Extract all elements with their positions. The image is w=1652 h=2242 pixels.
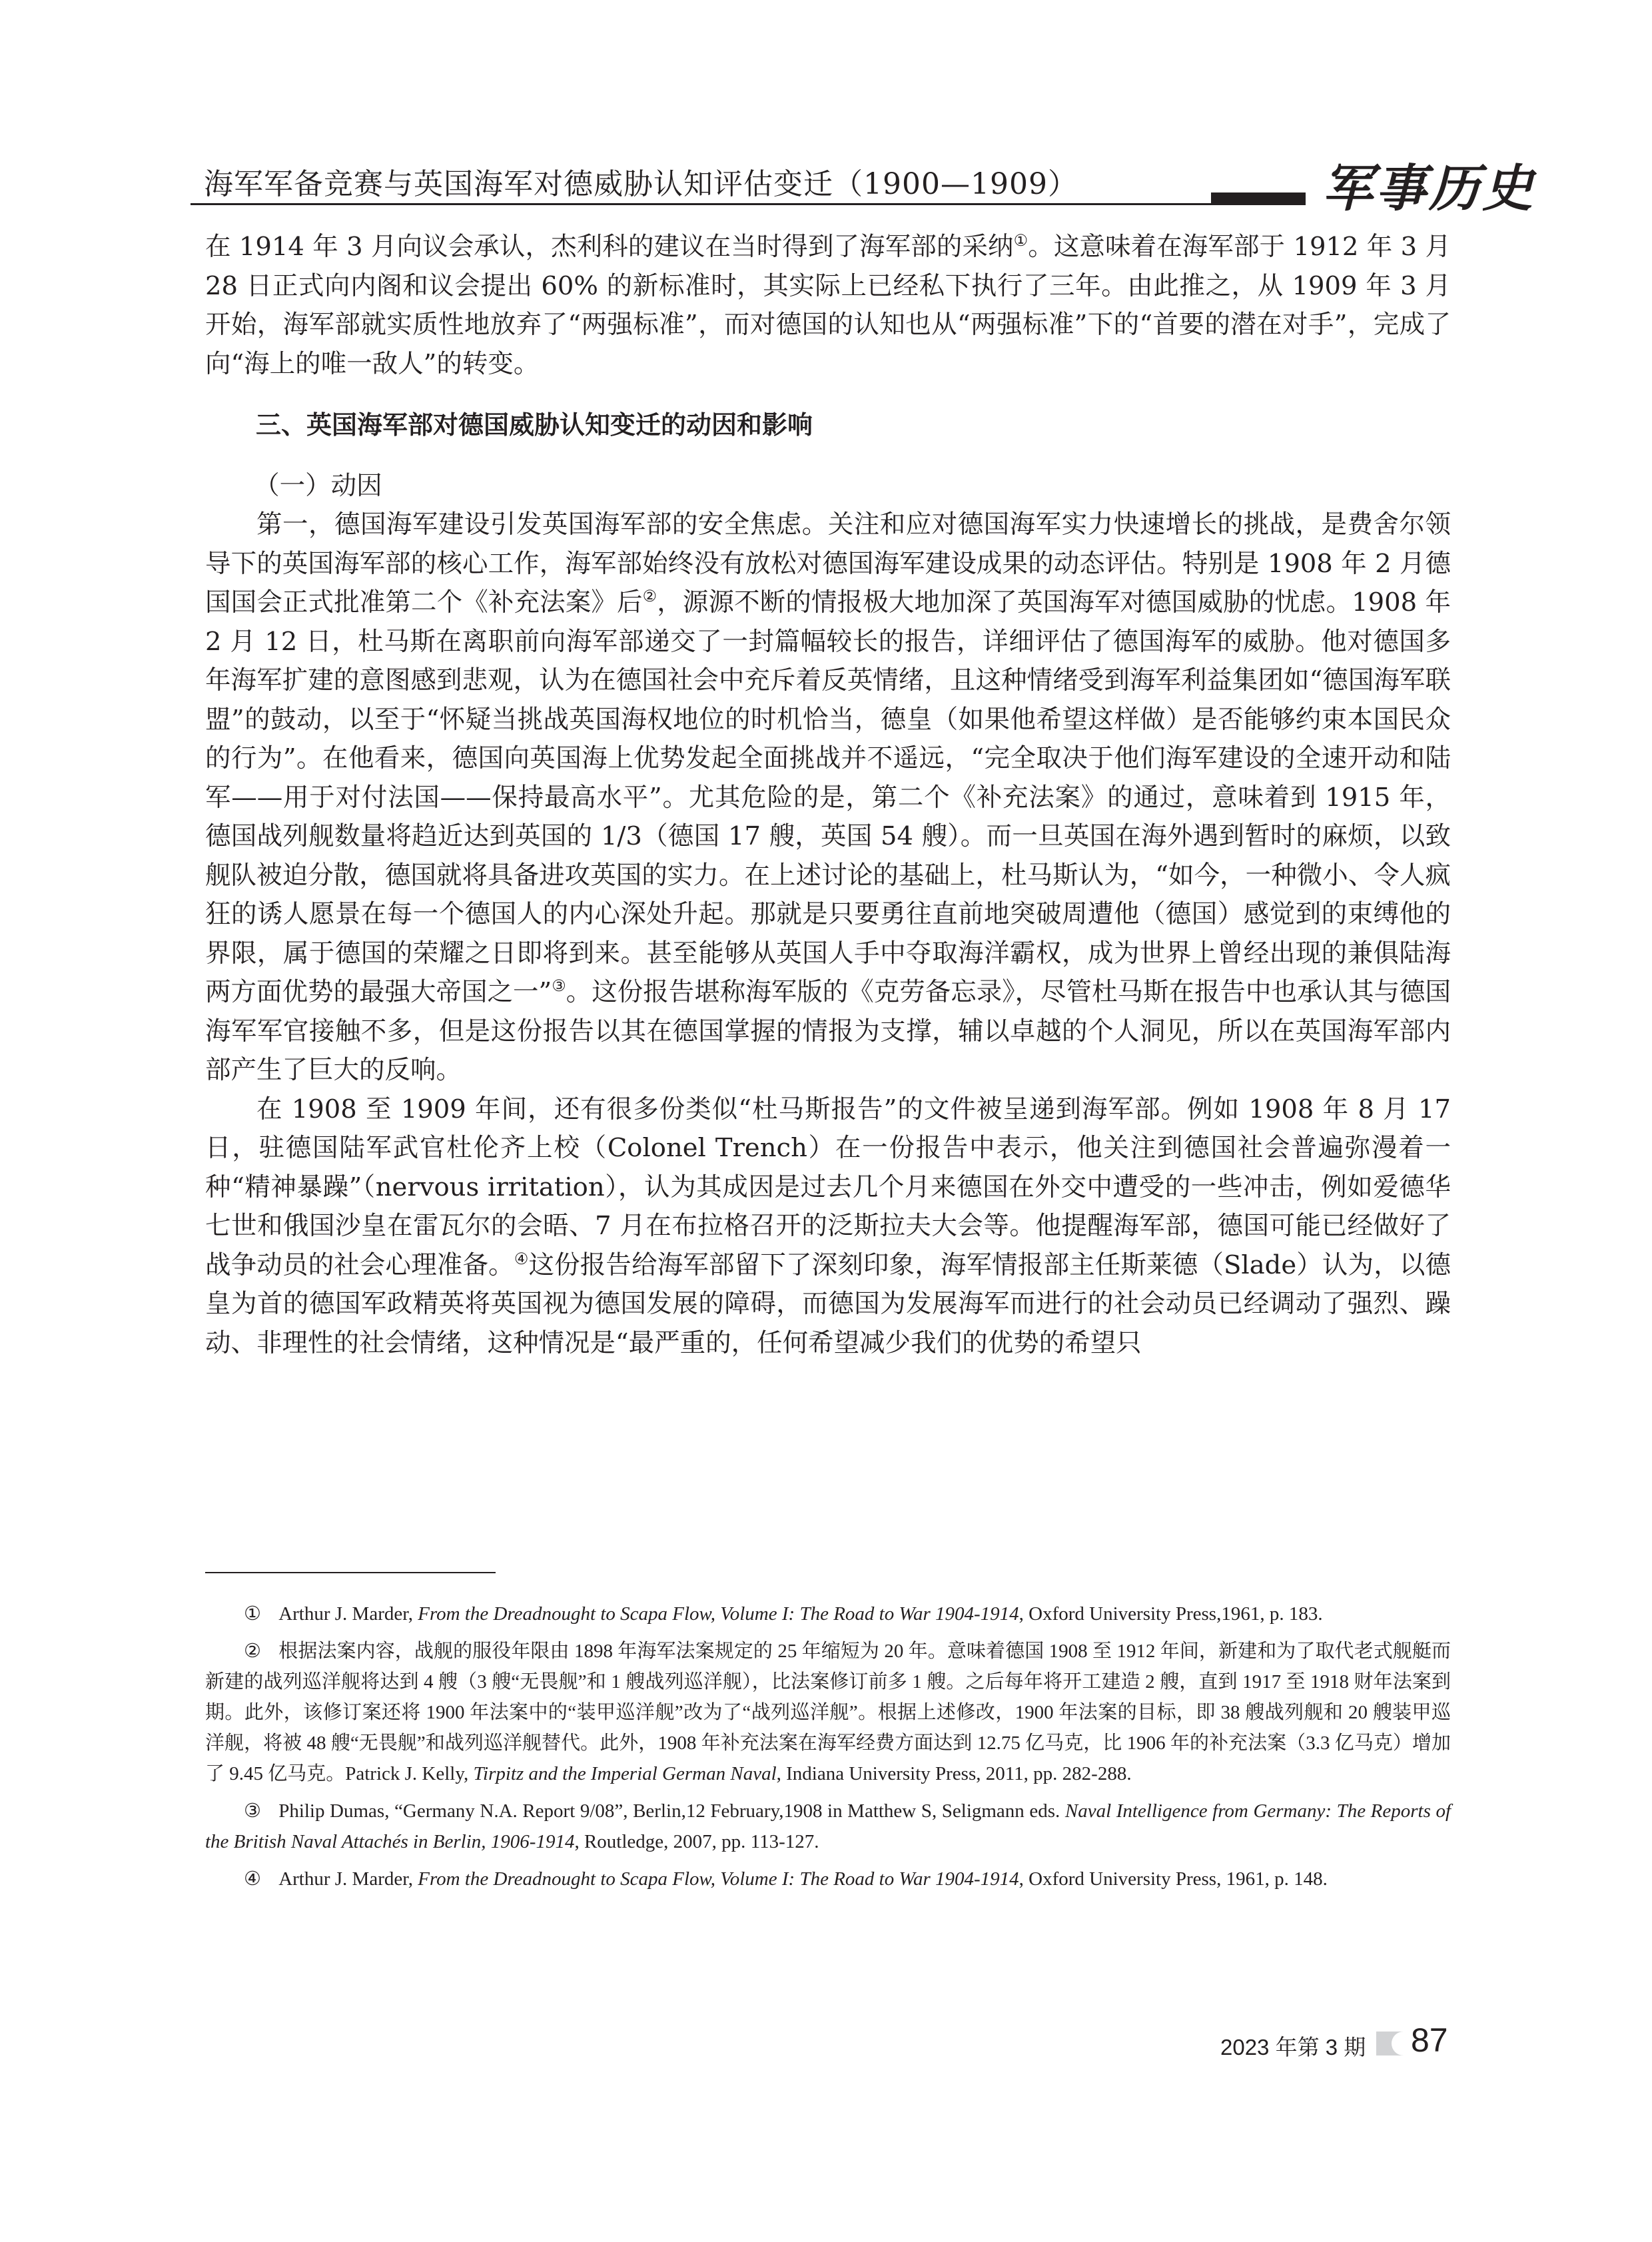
paragraph-motive-1: 第一，德国海军建设引发英国海军部的安全焦虑。关注和应对德国海军实力快速增长的挑战… bbox=[205, 506, 1451, 1090]
section-heading: 三、英国海军部对德国威胁认知变迁的动因和影响 bbox=[256, 406, 1451, 445]
article-body: 在 1914 年 3 月向议会承认，杰利科的建议在当时得到了海军部的采纳①。这意… bbox=[205, 228, 1451, 1363]
footnote-ref-1[interactable]: ① bbox=[1014, 231, 1029, 250]
subsection-heading: （一）动因 bbox=[254, 467, 1451, 506]
footnote-2: ②根据法案内容，战舰的服役年限由 1898 年海军法案规定的 25 年缩短为 2… bbox=[205, 1636, 1451, 1789]
footnote-1: ①Arthur J. Marder, From the Dreadnought … bbox=[205, 1599, 1451, 1629]
footnote-3: ③Philip Dumas, “Germany N.A. Report 9/08… bbox=[205, 1796, 1451, 1857]
footnote-4: ④Arthur J. Marder, From the Dreadnought … bbox=[205, 1864, 1451, 1894]
paragraph-reports: 在 1908 至 1909 年间，还有很多份类似“杜马斯报告”的文件被呈递到海军… bbox=[205, 1090, 1451, 1363]
journal-logo: 军事历史 bbox=[1322, 148, 1535, 220]
page-number: 87 bbox=[1411, 2021, 1448, 2059]
footnote-separator bbox=[205, 1572, 496, 1573]
running-title: 海军军备竞赛与英国海军对德威胁认知评估变迁（1900—1909） bbox=[204, 160, 1078, 202]
footnotes: ①Arthur J. Marder, From the Dreadnought … bbox=[205, 1599, 1451, 1901]
paragraph-continued: 在 1914 年 3 月向议会承认，杰利科的建议在当时得到了海军部的采纳①。这意… bbox=[205, 228, 1451, 384]
header-block-decoration bbox=[1211, 192, 1306, 205]
issue-label: 2023 年第 3 期 bbox=[1220, 2030, 1366, 2061]
footnote-ref-4[interactable]: ④ bbox=[514, 1250, 529, 1268]
footnote-ref-2[interactable]: ② bbox=[643, 587, 657, 605]
footnote-ref-3[interactable]: ③ bbox=[552, 976, 566, 995]
header-rule bbox=[191, 203, 1230, 205]
page-tab-decoration bbox=[1376, 2032, 1406, 2055]
